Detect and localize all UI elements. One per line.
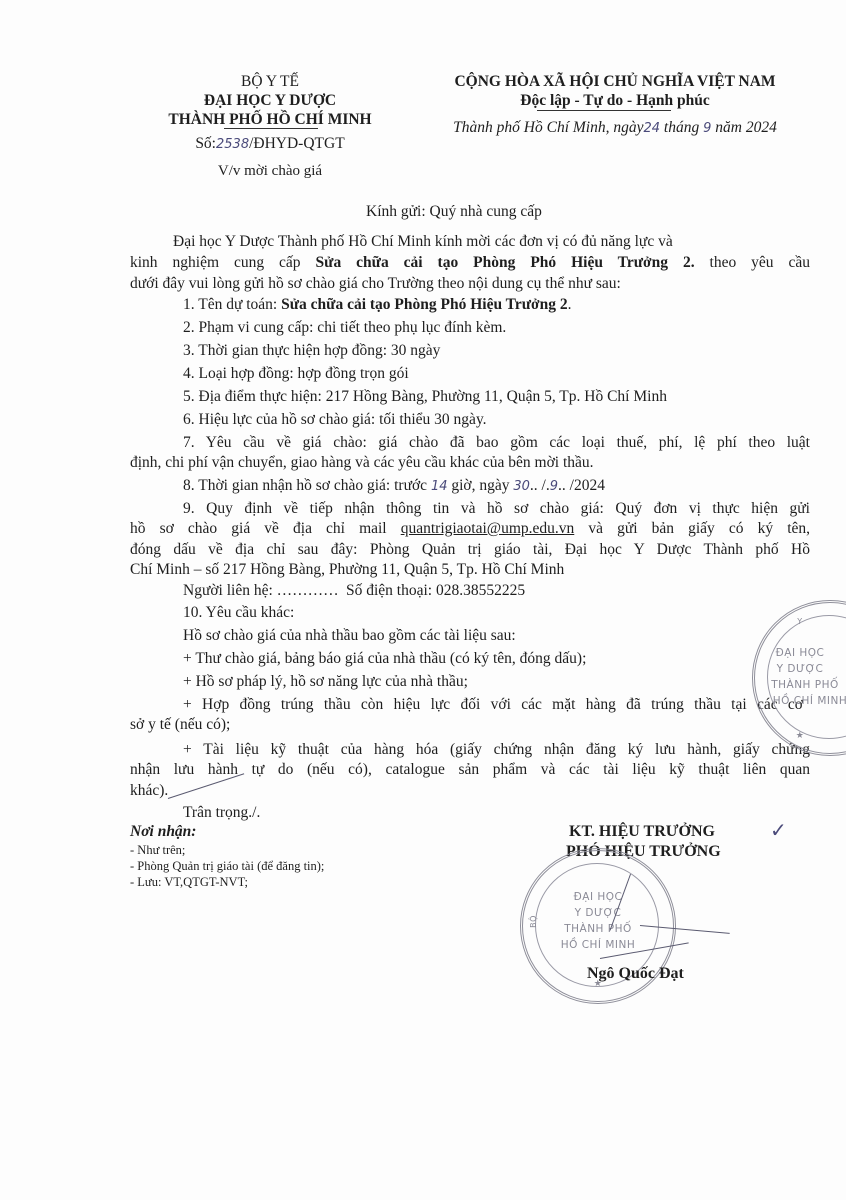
item-7-line-2: định, chi phí vận chuyển, giao hàng và c… <box>130 453 594 473</box>
doc-4-line-1: + Tài liệu kỹ thuật của hàng hóa (giấy c… <box>183 740 810 760</box>
intro-line-1: Đại học Y Dược Thành phố Hồ Chí Minh kín… <box>173 232 673 252</box>
document-subject: V/v mời chào giá <box>120 162 420 181</box>
item-9-line-2: hồ sơ chào giá về địa chỉ mail quantrigi… <box>130 519 810 539</box>
salutation: Kính gửi: Quý nhà cung cấp <box>366 202 542 222</box>
intro-line-3: dưới đây vui lòng gửi hồ sơ chào giá cho… <box>130 274 621 294</box>
doc-4-line-3: khác). <box>130 781 168 801</box>
docs-intro: Hồ sơ chào giá của nhà thầu bao gồm các … <box>183 626 516 646</box>
place-and-date: Thành phố Hồ Chí Minh, ngày24 tháng 9 nă… <box>415 119 815 137</box>
item-10: 10. Yêu cầu khác: <box>183 603 294 623</box>
issuer-block: BỘ Y TẾ ĐẠI HỌC Y DƯỢC THÀNH PHỐ HỒ CHÍ … <box>120 72 420 181</box>
item-7-line-1: 7. Yêu cầu về giá chào: giá chào đã bao … <box>183 433 810 453</box>
item-8: 8. Thời gian nhận hồ sơ chào giá: trước … <box>183 476 605 497</box>
item-2: 2. Phạm vi cung cấp: chi tiết theo phụ l… <box>183 318 506 338</box>
item-1: 1. Tên dự toán: Sửa chữa cải tạo Phòng P… <box>183 295 572 315</box>
header-underline <box>224 128 318 129</box>
university-name-line2: THÀNH PHỐ HỒ CHÍ MINH <box>120 110 420 129</box>
recipient-item: - Lưu: VT,QTGT-NVT; <box>130 874 248 891</box>
recipients-title: Nơi nhận: <box>130 822 196 842</box>
recipient-item: - Phòng Quản trị giáo tài (để đăng tin); <box>130 858 324 875</box>
handwritten-day: 24 <box>643 121 660 136</box>
motto-underline <box>537 110 671 111</box>
signature-title-1: KT. HIỆU TRƯỞNG <box>569 822 715 842</box>
item-9-line-4: Chí Minh – số 217 Hồng Bàng, Phường 11, … <box>130 560 564 580</box>
doc-1: + Thư chào giá, bảng báo giá của nhà thầ… <box>183 649 586 669</box>
item-3: 3. Thời gian thực hiện hợp đồng: 30 ngày <box>183 341 440 361</box>
item-6: 6. Hiệu lực của hồ sơ chào giá: tối thiể… <box>183 410 487 430</box>
contact-phone: Số điện thoại: 028.38552225 <box>346 581 525 601</box>
handwritten-number: 2538 <box>216 137 249 152</box>
ministry-name: BỘ Y TẾ <box>120 72 420 91</box>
national-motto: Độc lập - Tự do - Hạnh phúc <box>415 91 815 110</box>
item-5: 5. Địa điểm thực hiện: 217 Hồng Bàng, Ph… <box>183 387 667 407</box>
handwritten-deadline-day: 30 <box>513 479 530 494</box>
university-name-line1: ĐẠI HỌC Y DƯỢC <box>120 91 420 110</box>
handwritten-hour: 14 <box>431 479 448 494</box>
initial-check-mark: ✓ <box>770 820 787 840</box>
doc-3-line-2: sở y tế (nếu có); <box>130 715 230 735</box>
intro-line-2: kinh nghiệm cung cấp Sửa chữa cải tạo Ph… <box>130 253 810 273</box>
document-number: Số:2538/ĐHYD-QTGT <box>120 134 420 154</box>
item-4: 4. Loại hợp đồng: hợp đồng trọn gói <box>183 364 409 384</box>
recipient-item: - Như trên; <box>130 842 185 859</box>
item-9-line-1: 9. Quy định về tiếp nhận thông tin và hồ… <box>183 499 810 519</box>
edge-seal: Y ĐẠI HỌC Y DƯỢC THÀNH PHỐ HỒ CHÍ MINH ★ <box>752 600 846 756</box>
email-link[interactable]: quantrigiaotai@ump.edu.vn <box>401 520 575 537</box>
handwritten-deadline-month: 9 <box>550 479 558 494</box>
handwritten-month: 9 <box>703 121 711 136</box>
nation-name: CỘNG HÒA XÃ HỘI CHỦ NGHĨA VIỆT NAM <box>415 72 815 91</box>
doc-2: + Hồ sơ pháp lý, hồ sơ năng lực của nhà … <box>183 672 468 692</box>
contact-person: Người liên hệ: ………… <box>183 581 339 601</box>
closing: Trân trọng./. <box>183 803 260 823</box>
item-9-line-3: đóng dấu về địa chỉ sau đây: Phòng Quản … <box>130 540 810 560</box>
national-header: CỘNG HÒA XÃ HỘI CHỦ NGHĨA VIỆT NAM Độc l… <box>415 72 815 137</box>
signer-name: Ngô Quốc Đạt <box>587 964 684 984</box>
doc-3-line-1: + Hợp đồng trúng thầu còn hiệu lực đối v… <box>183 695 803 715</box>
